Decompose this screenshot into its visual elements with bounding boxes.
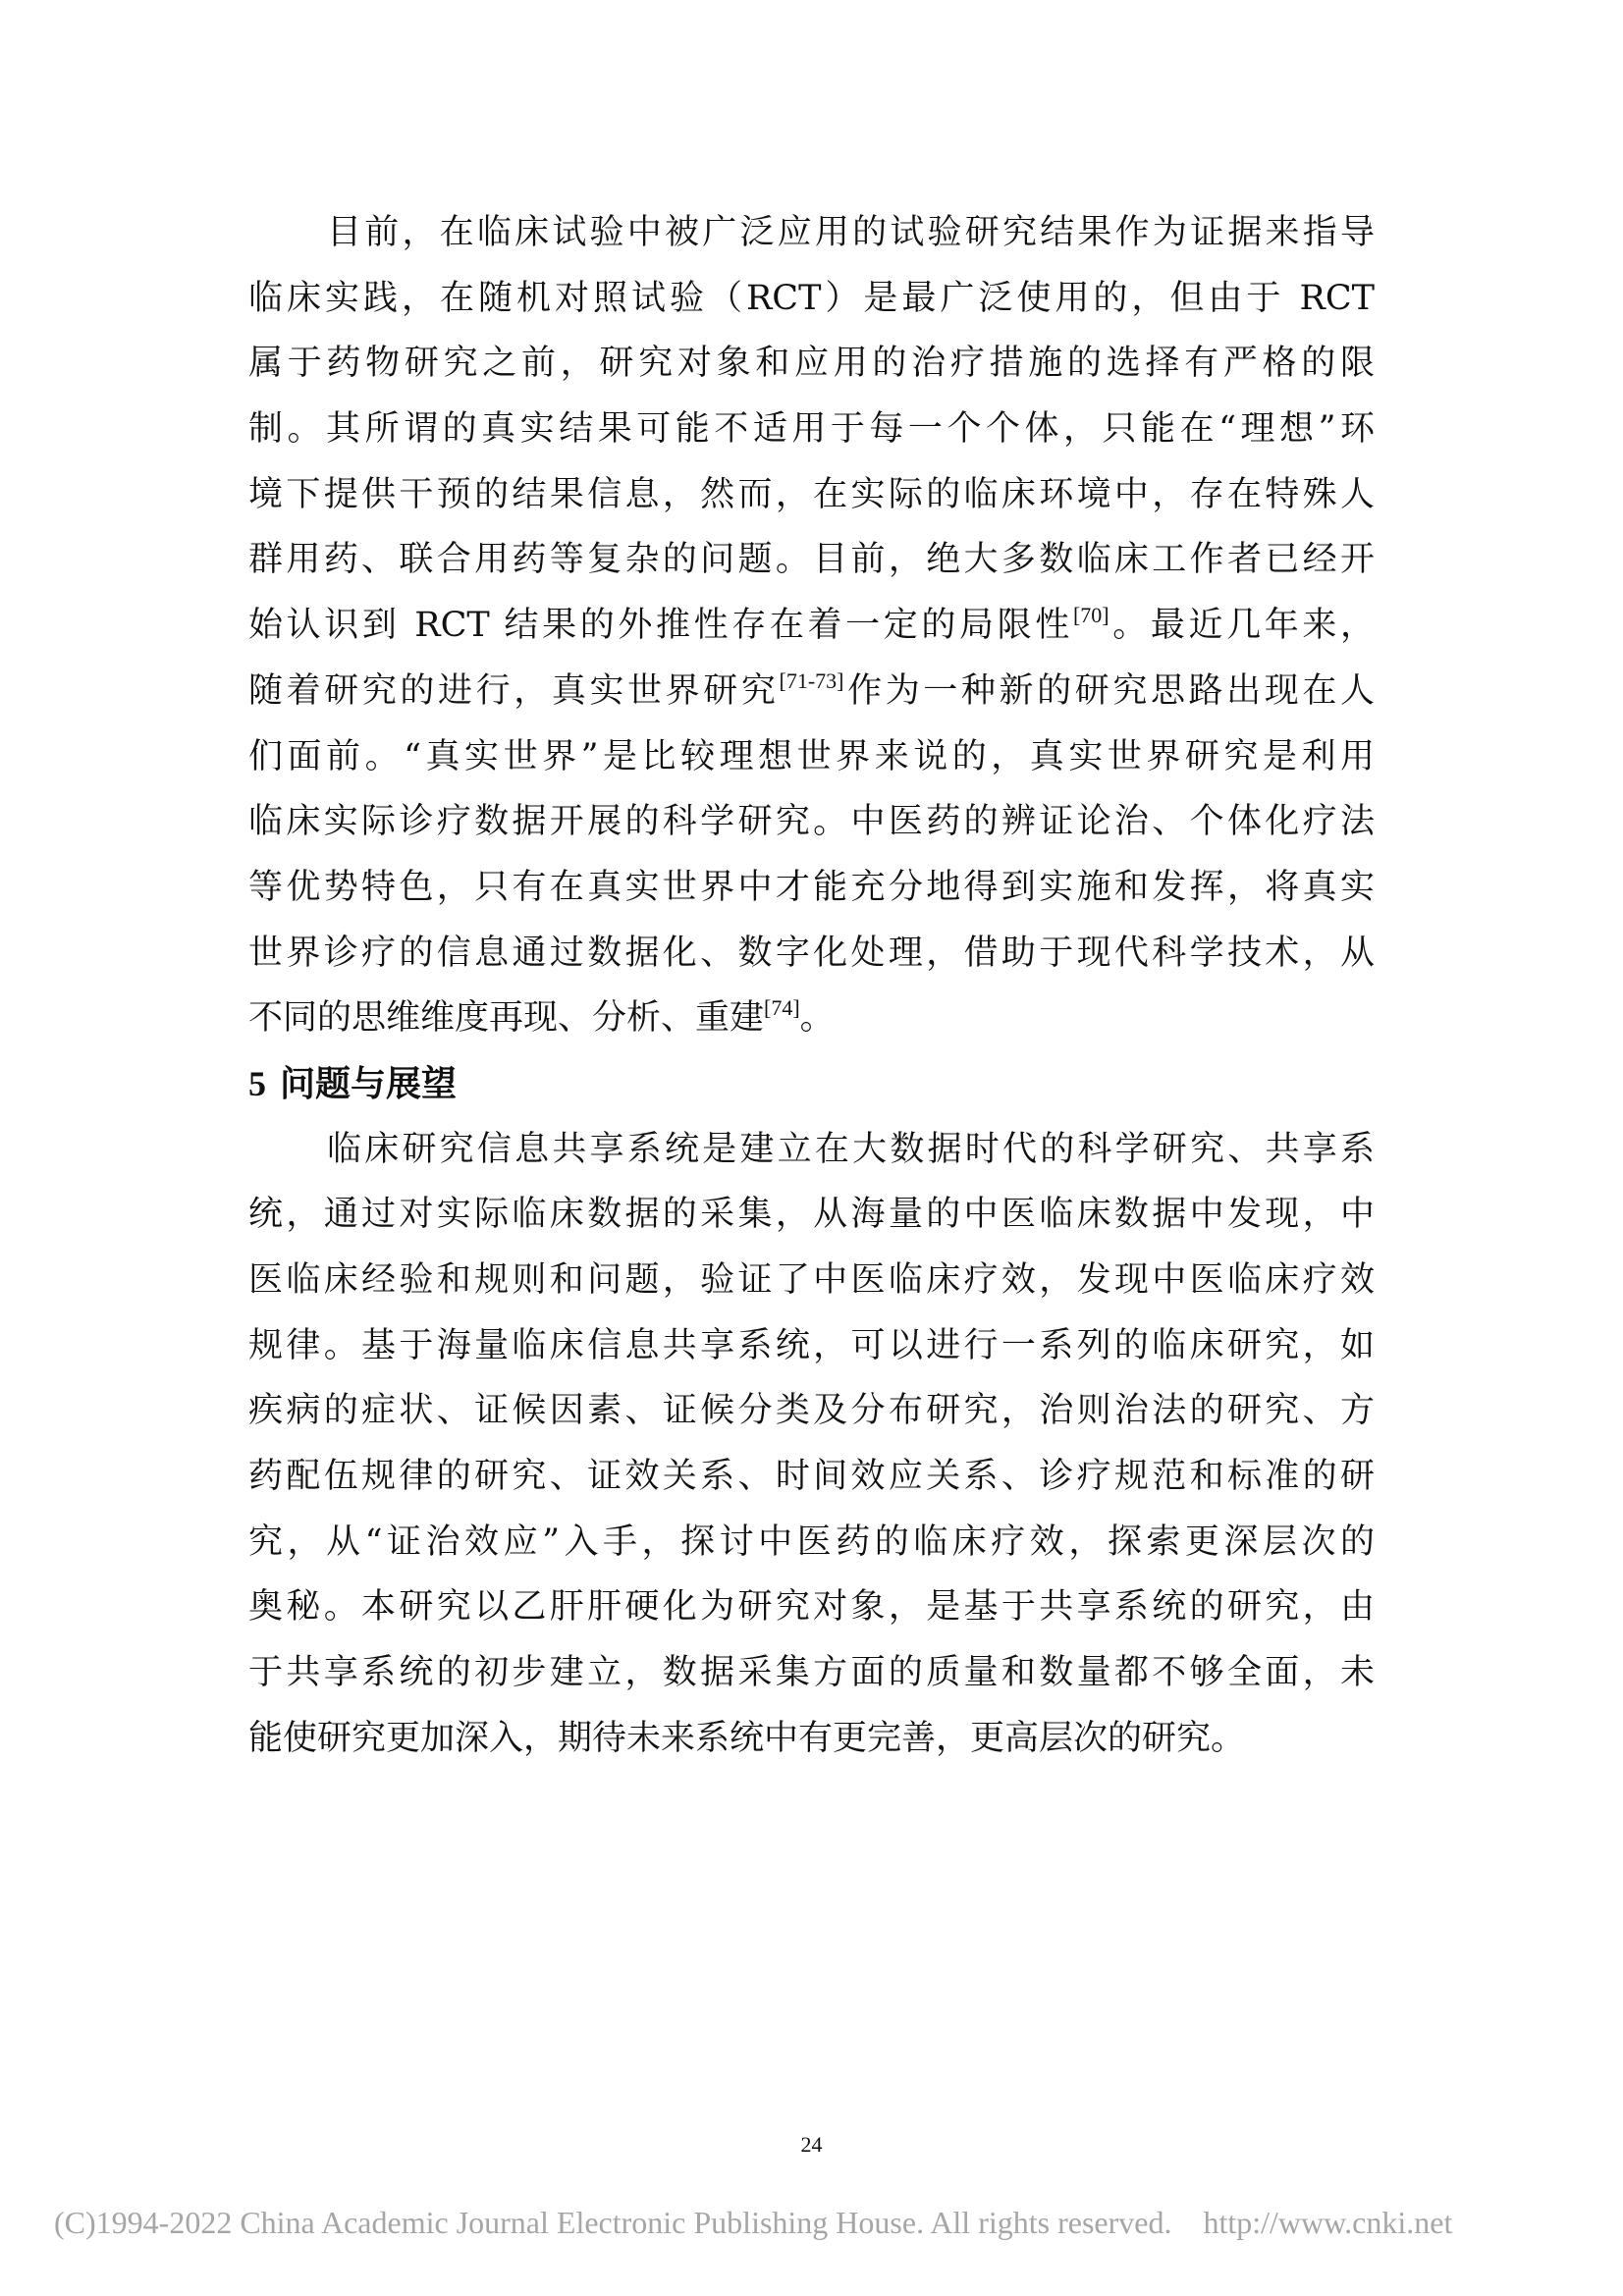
paragraph-problems-and-outlook: 临床研究信息共享系统是建立在大数据时代的科学研究、共享系 统，通过对实际临床数据… bbox=[248, 1117, 1375, 1772]
section-heading: 5问题与展望 bbox=[248, 1051, 1375, 1117]
paragraph-line: 世界诊疗的信息通过数据化、数字化处理，借助于现代科学技术，从 bbox=[248, 921, 1375, 987]
paragraph-line: 随着研究的进行，真实世界研究[71-73]作为一种新的研究思路出现在人 bbox=[248, 659, 1375, 724]
line-text: 始认识到 RCT 结果的外推性存在着一定的局限性 bbox=[248, 606, 1073, 645]
copyright-notice: (C)1994-2022 China Academic Journal Elec… bbox=[54, 2205, 1452, 2241]
paragraph-line: 们面前。“真实世界”是比较理想世界来说的，真实世界研究是利用 bbox=[248, 724, 1375, 790]
paragraph-line: 属于药物研究之前，研究对象和应用的治疗措施的选择有严格的限 bbox=[248, 331, 1375, 397]
paragraph-line: 疾病的症状、证候因素、证候分类及分布研究，治则治法的研究、方 bbox=[248, 1378, 1375, 1444]
page-number: 24 bbox=[0, 2132, 1623, 2158]
paragraph-line: 药配伍规律的研究、证效关系、时间效应关系、诊疗规范和标准的研 bbox=[248, 1444, 1375, 1510]
paragraph-line: 境下提供干预的结果信息，然而，在实际的临床环境中，存在特殊人 bbox=[248, 462, 1375, 528]
paragraph-line: 目前，在临床试验中被广泛应用的试验研究结果作为证据来指导 bbox=[248, 200, 1375, 266]
line-text: 。最近几年来， bbox=[1109, 606, 1375, 645]
citation-70: [70] bbox=[1073, 603, 1109, 627]
line-text: 作为一种新的研究思路出现在人 bbox=[843, 671, 1375, 711]
paragraph-real-world-research: 目前，在临床试验中被广泛应用的试验研究结果作为证据来指导 临床实践，在随机对照试… bbox=[248, 200, 1375, 1051]
body-text: 目前，在临床试验中被广泛应用的试验研究结果作为证据来指导 临床实践，在随机对照试… bbox=[248, 200, 1375, 1772]
citation-74: [74] bbox=[764, 995, 800, 1020]
paragraph-line: 统，通过对实际临床数据的采集，从海量的中医临床数据中发现，中 bbox=[248, 1182, 1375, 1248]
section-title: 问题与展望 bbox=[280, 1063, 457, 1104]
paragraph-line: 等优势特色，只有在真实世界中才能充分地得到实施和发挥，将真实 bbox=[248, 855, 1375, 921]
section-number: 5 bbox=[248, 1064, 266, 1103]
line-text: 。 bbox=[800, 998, 835, 1038]
paragraph-line: 临床研究信息共享系统是建立在大数据时代的科学研究、共享系 bbox=[248, 1117, 1375, 1183]
line-text: 随着研究的进行，真实世界研究 bbox=[248, 671, 780, 711]
paragraph-line: 究，从“证治效应”入手，探讨中医药的临床疗效，探索更深层次的 bbox=[248, 1510, 1375, 1575]
paragraph-line: 医临床经验和规则和问题，验证了中医临床疗效，发现中医临床疗效 bbox=[248, 1248, 1375, 1313]
paragraph-line: 群用药、联合用药等复杂的问题。目前，绝大多数临床工作者已经开 bbox=[248, 527, 1375, 593]
paragraph-line: 于共享系统的初步建立，数据采集方面的质量和数量都不够全面，未 bbox=[248, 1640, 1375, 1706]
citation-71-73: [71-73] bbox=[780, 668, 844, 693]
paragraph-line: 制。其所谓的真实结果可能不适用于每一个个体，只能在“理想”环 bbox=[248, 397, 1375, 462]
paragraph-line: 临床实际诊疗数据开展的科学研究。中医药的辨证论治、个体化疗法 bbox=[248, 789, 1375, 855]
line-text: 不同的思维维度再现、分析、重建 bbox=[248, 998, 764, 1038]
paragraph-line: 不同的思维维度再现、分析、重建[74]。 bbox=[248, 986, 1375, 1051]
paragraph-line: 奥秘。本研究以乙肝肝硬化为研究对象，是基于共享系统的研究，由 bbox=[248, 1575, 1375, 1640]
document-page: 目前，在临床试验中被广泛应用的试验研究结果作为证据来指导 临床实践，在随机对照试… bbox=[0, 0, 1623, 2296]
paragraph-line: 临床实践，在随机对照试验（RCT）是最广泛使用的，但由于 RCT bbox=[248, 266, 1375, 332]
paragraph-line: 能使研究更加深入，期待未来系统中有更完善，更高层次的研究。 bbox=[248, 1706, 1375, 1772]
paragraph-line: 始认识到 RCT 结果的外推性存在着一定的局限性[70]。最近几年来， bbox=[248, 593, 1375, 659]
paragraph-line: 规律。基于海量临床信息共享系统，可以进行一系列的临床研究，如 bbox=[248, 1313, 1375, 1379]
